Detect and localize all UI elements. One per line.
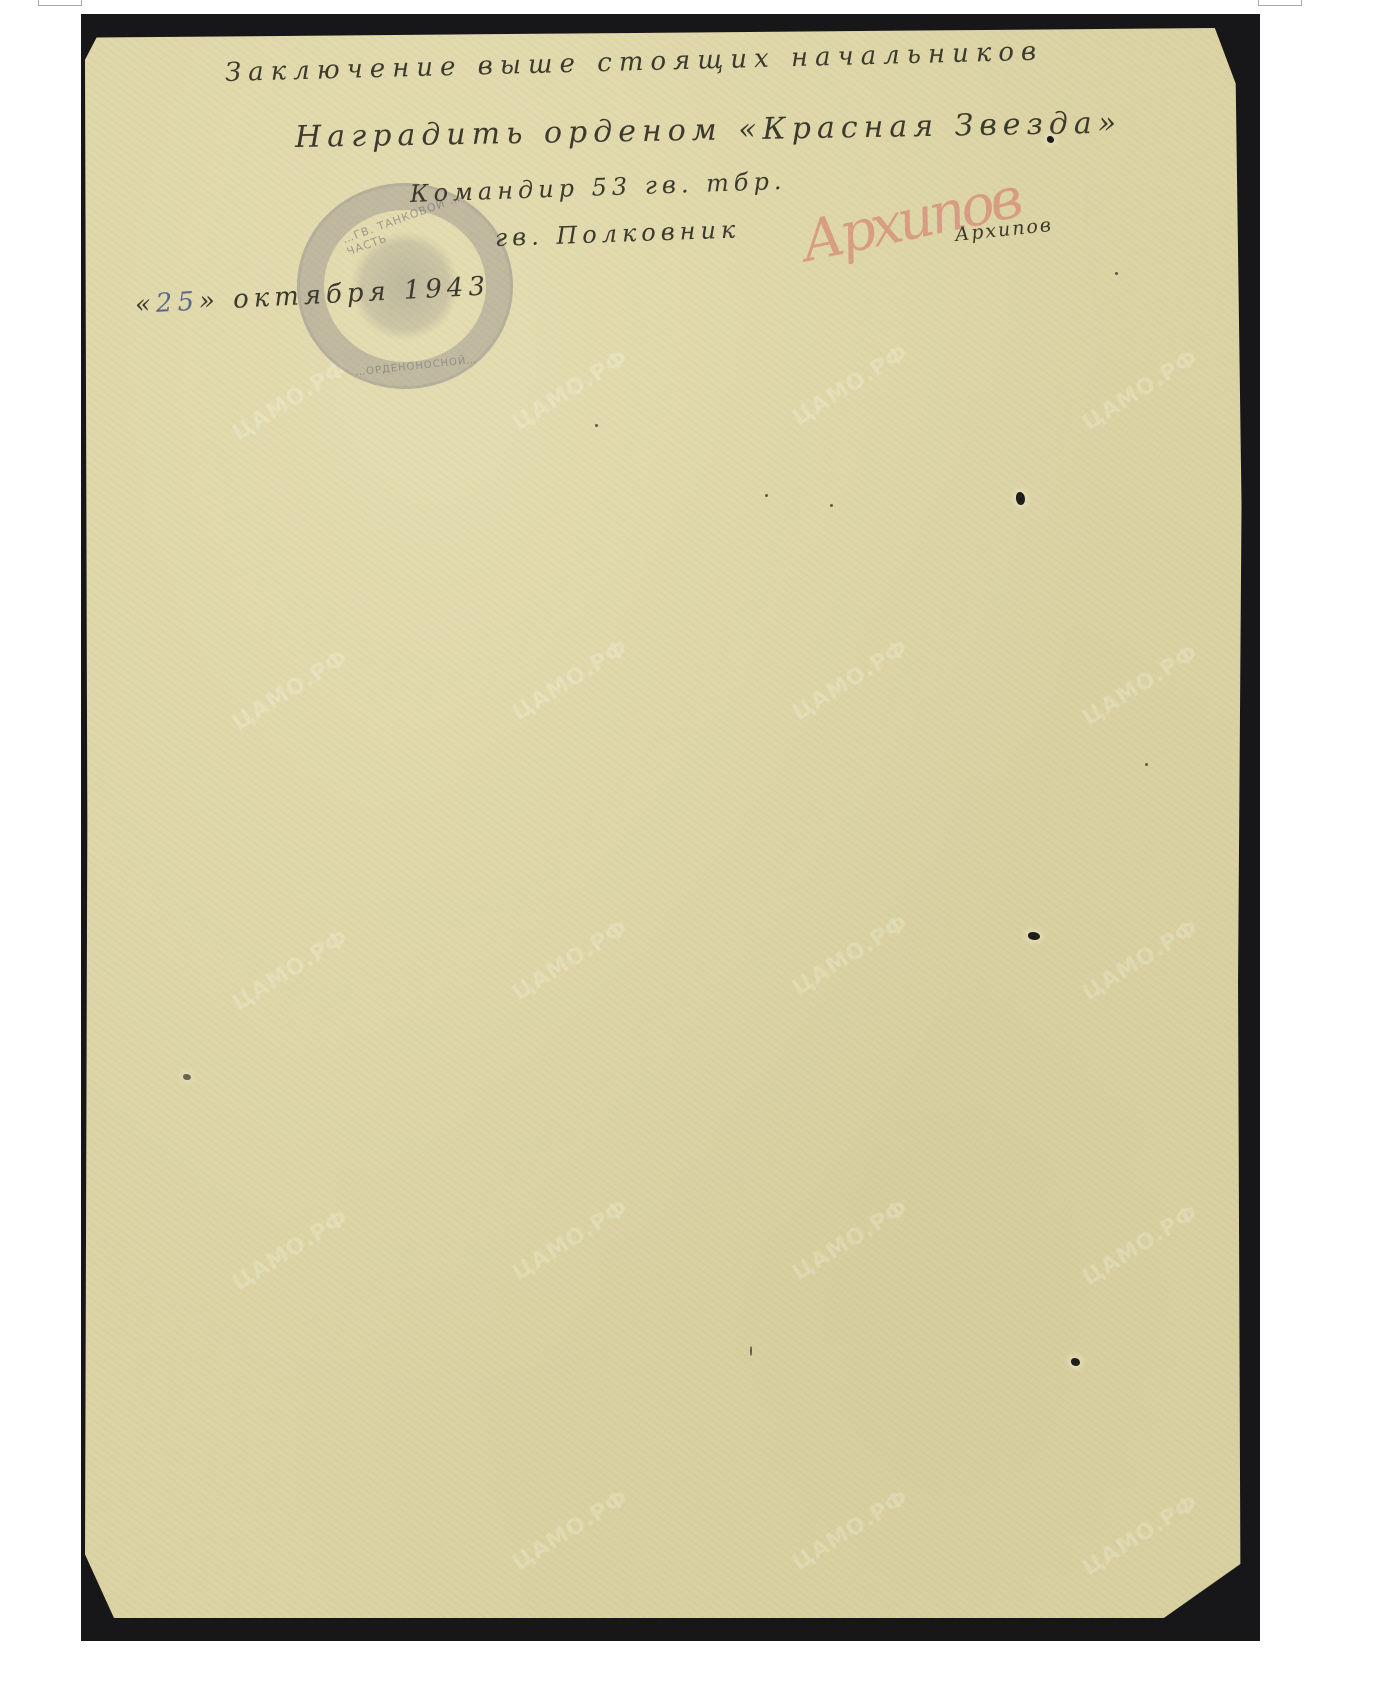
paper-hole <box>183 1074 191 1080</box>
award-decision-line: Наградить орденом «Красная Звезда» <box>295 106 1123 155</box>
watermark: ЦАМО.РФ <box>228 645 353 736</box>
watermark: ЦАМО.РФ <box>1078 915 1203 1006</box>
watermark: ЦАМО.РФ <box>1078 640 1203 731</box>
conclusion-line: Заключение выше стоящих начальников <box>225 37 1044 88</box>
paper-speck <box>1145 763 1148 766</box>
watermark: ЦАМО.РФ <box>228 925 353 1016</box>
paper-speck <box>750 1346 752 1356</box>
watermark: ЦАМО.РФ <box>508 1195 633 1286</box>
paper-hole <box>1028 932 1040 940</box>
watermark: ЦАМО.РФ <box>788 635 913 726</box>
paper-hole <box>1016 492 1025 505</box>
watermark: ЦАМО.РФ <box>508 345 633 436</box>
paper-speck <box>830 504 833 507</box>
viewer-frame-tab-left <box>38 0 82 6</box>
watermark: ЦАМО.РФ <box>788 1485 913 1576</box>
rank-line: гв. Полковник <box>495 215 741 252</box>
watermark: ЦАМО.РФ <box>508 635 633 726</box>
watermark: ЦАМО.РФ <box>788 1195 913 1286</box>
watermark: ЦАМО.РФ <box>788 910 913 1001</box>
stamp-bottom-text: …ОРДЕНОНОСНОЙ… <box>355 355 478 379</box>
watermark: ЦАМО.РФ <box>228 1205 353 1296</box>
paper-speck <box>765 494 768 497</box>
watermark: ЦАМО.РФ <box>1078 1490 1203 1581</box>
watermark: ЦАМО.РФ <box>228 355 353 446</box>
date-day: 25 <box>155 287 200 319</box>
date-open-quote: « <box>134 289 156 320</box>
watermark: ЦАМО.РФ <box>1078 1200 1203 1291</box>
paper-hole <box>1071 1358 1080 1366</box>
watermark: ЦАМО.РФ <box>788 340 913 431</box>
paper-sheet: ЦАМО.РФ ЦАМО.РФ ЦАМО.РФ ЦАМО.РФ ЦАМО.РФ … <box>85 28 1245 1618</box>
watermark: ЦАМО.РФ <box>1078 345 1203 436</box>
paper-speck <box>595 424 598 427</box>
watermark: ЦАМО.РФ <box>508 915 633 1006</box>
paper-speck <box>1115 272 1118 275</box>
commander-position-line: Командир 53 гв. тбр. <box>410 167 787 208</box>
scanned-document: ЦАМО.РФ ЦАМО.РФ ЦАМО.РФ ЦАМО.РФ ЦАМО.РФ … <box>81 14 1260 1641</box>
watermark: ЦАМО.РФ <box>508 1485 633 1576</box>
paper-hole <box>1047 136 1054 143</box>
viewer-frame-tab-right <box>1258 0 1302 6</box>
